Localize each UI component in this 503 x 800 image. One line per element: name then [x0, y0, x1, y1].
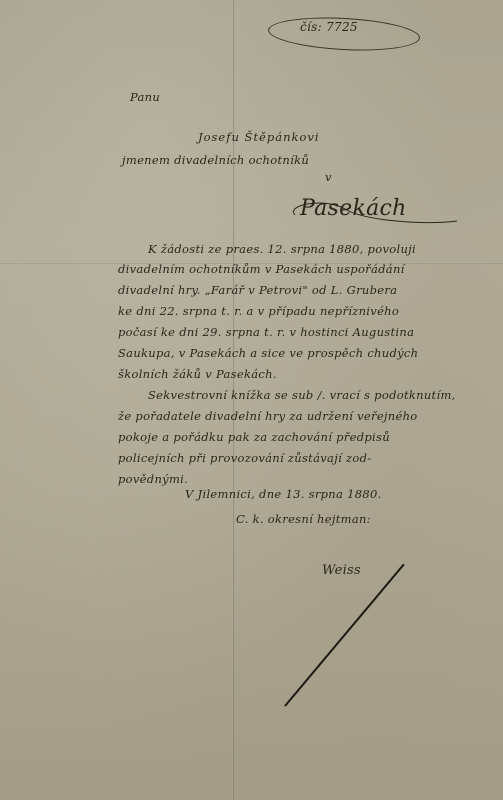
location-prefix: v	[325, 170, 332, 184]
recipient-title: jmenem divadelních ochotníků	[122, 153, 309, 167]
signature: Weiss	[322, 563, 361, 578]
body-line: Sekvestrovní knížka se sub /. vrací s po…	[148, 388, 456, 402]
body-line: policejních při provozování zůstávají zo…	[118, 451, 371, 465]
body-line: Saukupa, v Pasekách a sice ve prospěch c…	[118, 346, 418, 360]
body-line: školních žáků v Pasekách.	[118, 367, 277, 381]
location-flourish	[285, 185, 465, 235]
signatory-title: C. k. okresní hejtman:	[236, 512, 371, 526]
place-date: V Jilemnici, dne 13. srpna 1880.	[185, 487, 382, 501]
body-line: počasí ke dni 29. srpna t. r. v hostinci…	[118, 325, 414, 339]
letter-page: čís: 7725 Panu Josefu Štěpánkovi jmenem …	[0, 0, 503, 800]
body-line: divadelním ochotníkům v Pasekách uspořád…	[118, 262, 405, 276]
signature-flourish	[284, 564, 404, 707]
body-line: K žádosti ze praes. 12. srpna 1880, povo…	[148, 242, 416, 256]
recipient-name: Josefu Štěpánkovi	[198, 130, 320, 144]
body-line: pokoje a pořádku pak za zachování předpi…	[118, 430, 390, 444]
body-line: ke dni 22. srpna t. r. a v případu nepří…	[118, 304, 399, 318]
reference-number: čís: 7725	[300, 20, 358, 34]
salutation: Panu	[130, 90, 160, 104]
body-line: že pořadatele divadelní hry za udržení v…	[118, 409, 418, 423]
body-line: divadelní hry. „Farář v Petrovi" od L. G…	[118, 283, 397, 297]
body-line: povědnými.	[118, 472, 188, 486]
